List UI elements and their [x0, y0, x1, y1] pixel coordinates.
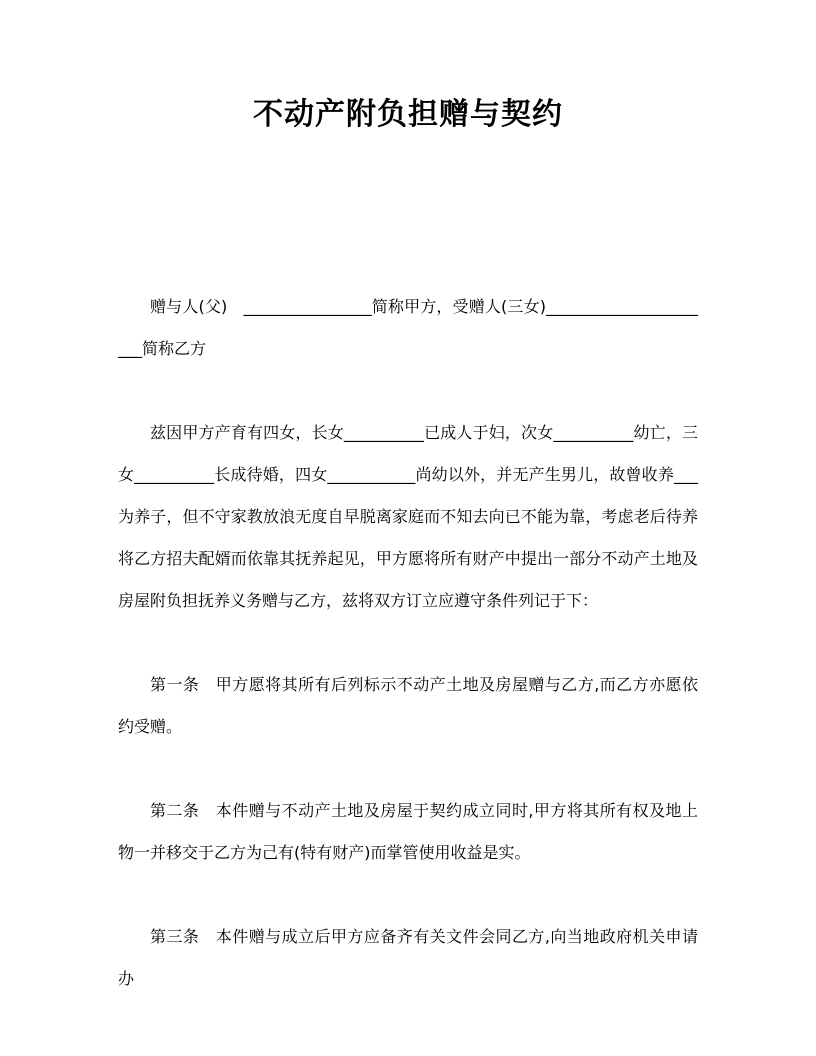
paragraph-clause-3: 第三条 本件赠与成立后甲方应备齐有关文件会同乙方,向当地政府机关申请办 — [118, 916, 698, 1000]
paragraph-clause-1: 第一条 甲方愿将其所有后列标示不动产土地及房屋赠与乙方,而乙方亦愿依约受赠。 — [118, 664, 698, 748]
paragraph-preamble: 兹因甲方产育有四女，长女__________已成人于妇，次女__________… — [118, 412, 698, 622]
document-title: 不动产附负担赠与契约 — [118, 96, 698, 134]
paragraph-parties: 赠与人(父) ________________简称甲方，受赠人(三女)_____… — [118, 286, 698, 370]
paragraph-clause-2: 第二条 本件赠与不动产土地及房屋于契约成立同时,甲方将其所有权及地上物一并移交于… — [118, 790, 698, 874]
document-page: 不动产附负担赠与契约 赠与人(父) ________________简称甲方，受… — [0, 0, 816, 1056]
